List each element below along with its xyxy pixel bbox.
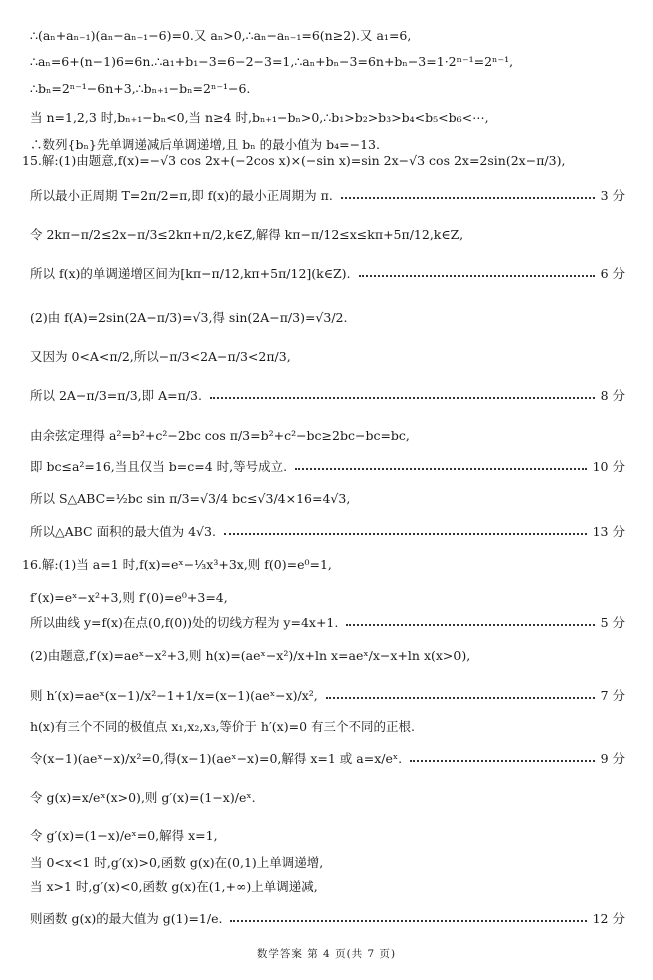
solution-text: 所以 f(x)的单调递增区间为[kπ−π/12,kπ+5π/12](k∈Z). xyxy=(30,264,351,282)
solution-text: 所以曲线 y=f(x)在点(0,f(0))处的切线方程为 y=4x+1. xyxy=(30,613,338,631)
solution-line: 所以 2A−π/3=π/3,即 A=π/3.8 分 xyxy=(30,386,625,404)
solution-line: f′(x)=eˣ−x²+3,则 f′(0)=e⁰+3=4, xyxy=(30,588,625,606)
solution-line: 则 h′(x)=aeˣ(x−1)/x²−1+1/x=(x−1)(aeˣ−x)/x… xyxy=(30,686,625,704)
solution-text: 所以△ABC 面积的最大值为 4√3. xyxy=(30,522,216,540)
score-label: 6 分 xyxy=(601,264,625,282)
solution-line: 15.解:(1)由题意,f(x)=−√3 cos 2x+(−2cos x)×(−… xyxy=(22,151,625,169)
solution-text: ∴(aₙ+aₙ₋₁)(aₙ−aₙ₋₁−6)=0.又 aₙ>0,∴aₙ−aₙ₋₁=… xyxy=(30,26,411,44)
solution-line: ∴bₙ=2ⁿ⁻¹−6n+3,∴bₙ₊₁−bₙ=2ⁿ⁻¹−6. xyxy=(30,81,625,96)
solution-line: 即 bc≤a²=16,当且仅当 b=c=4 时,等号成立.10 分 xyxy=(30,457,625,475)
solution-text: 15.解:(1)由题意,f(x)=−√3 cos 2x+(−2cos x)×(−… xyxy=(22,151,565,169)
dot-leader xyxy=(410,759,594,762)
solution-line: 当 0<x<1 时,g′(x)>0,函数 g(x)在(0,1)上单调递增, xyxy=(30,853,625,871)
score-label: 5 分 xyxy=(601,613,625,631)
dot-leader xyxy=(326,696,595,699)
solution-text: h(x)有三个不同的极值点 x₁,x₂,x₃,等价于 h′(x)=0 有三个不同… xyxy=(30,717,415,735)
solution-text: 则函数 g(x)的最大值为 g(1)=1/e. xyxy=(30,909,222,927)
solution-line: 令(x−1)(aeˣ−x)/x²=0,得(x−1)(aeˣ−x)=0,解得 x=… xyxy=(30,749,625,767)
solution-text: (2)由 f(A)=2sin(2A−π/3)=√3,得 sin(2A−π/3)=… xyxy=(30,308,347,326)
solution-text: 令 g(x)=x/eˣ(x>0),则 g′(x)=(1−x)/eˣ. xyxy=(30,788,256,806)
solution-text: f′(x)=eˣ−x²+3,则 f′(0)=e⁰+3=4, xyxy=(30,588,228,606)
solution-text: 则 h′(x)=aeˣ(x−1)/x²−1+1/x=(x−1)(aeˣ−x)/x… xyxy=(30,686,318,704)
solution-text: 16.解:(1)当 a=1 时,f(x)=eˣ−⅓x³+3x,则 f(0)=e⁰… xyxy=(22,555,332,573)
score-label: 10 分 xyxy=(593,457,625,475)
solution-text: 即 bc≤a²=16,当且仅当 b=c=4 时,等号成立. xyxy=(30,457,287,475)
solution-text: 又因为 0<A<π/2,所以−π/3<2A−π/3<2π/3, xyxy=(30,347,291,365)
solution-text: 令 g′(x)=(1−x)/eˣ=0,解得 x=1, xyxy=(30,826,218,844)
solution-text: 当 0<x<1 时,g′(x)>0,函数 g(x)在(0,1)上单调递增, xyxy=(30,853,323,871)
solution-line: 所以最小正周期 T=2π/2=π,即 f(x)的最小正周期为 π.3 分 xyxy=(30,186,625,204)
solution-line: 令 g′(x)=(1−x)/eˣ=0,解得 x=1, xyxy=(30,826,625,844)
solution-line: ∴(aₙ+aₙ₋₁)(aₙ−aₙ₋₁−6)=0.又 aₙ>0,∴aₙ−aₙ₋₁=… xyxy=(30,26,625,44)
dot-leader xyxy=(224,532,587,535)
dot-leader xyxy=(341,196,595,199)
score-label: 9 分 xyxy=(601,749,625,767)
dot-leader xyxy=(295,467,587,470)
solution-line: 令 g(x)=x/eˣ(x>0),则 g′(x)=(1−x)/eˣ. xyxy=(30,788,625,806)
score-label: 12 分 xyxy=(593,909,625,927)
solution-text: ∴bₙ=2ⁿ⁻¹−6n+3,∴bₙ₊₁−bₙ=2ⁿ⁻¹−6. xyxy=(30,81,250,96)
dot-leader xyxy=(230,919,586,922)
solution-line: 令 2kπ−π/2≤2x−π/3≤2kπ+π/2,k∈Z,解得 kπ−π/12≤… xyxy=(30,225,625,243)
solution-text: 令(x−1)(aeˣ−x)/x²=0,得(x−1)(aeˣ−x)=0,解得 x=… xyxy=(30,749,402,767)
solution-line: h(x)有三个不同的极值点 x₁,x₂,x₃,等价于 h′(x)=0 有三个不同… xyxy=(30,717,625,735)
solution-text: 所以 S△ABC=½bc sin π/3=√3/4 bc≤√3/4×16=4√3… xyxy=(30,489,350,507)
answer-page: ∴(aₙ+aₙ₋₁)(aₙ−aₙ₋₁−6)=0.又 aₙ>0,∴aₙ−aₙ₋₁=… xyxy=(0,0,653,980)
solution-text: (2)由题意,f′(x)=aeˣ−x²+3,则 h(x)=(aeˣ−x²)/x+… xyxy=(30,646,470,664)
solution-text: 所以最小正周期 T=2π/2=π,即 f(x)的最小正周期为 π. xyxy=(30,186,333,204)
solution-line: 所以 f(x)的单调递增区间为[kπ−π/12,kπ+5π/12](k∈Z).6… xyxy=(30,264,625,282)
solution-line: 由余弦定理得 a²=b²+c²−2bc cos π/3=b²+c²−bc≥2bc… xyxy=(30,426,625,444)
solution-text: 当 x>1 时,g′(x)<0,函数 g(x)在(1,+∞)上单调递减, xyxy=(30,877,318,895)
solution-text: 令 2kπ−π/2≤2x−π/3≤2kπ+π/2,k∈Z,解得 kπ−π/12≤… xyxy=(30,225,463,243)
page-footer: 数学答案 第 4 页(共 7 页) xyxy=(0,946,653,961)
solution-line: 所以△ABC 面积的最大值为 4√3.13 分 xyxy=(30,522,625,540)
solution-line: 所以曲线 y=f(x)在点(0,f(0))处的切线方程为 y=4x+1.5 分 xyxy=(30,613,625,631)
dot-leader xyxy=(346,623,594,626)
solution-line: 16.解:(1)当 a=1 时,f(x)=eˣ−⅓x³+3x,则 f(0)=e⁰… xyxy=(22,555,625,573)
solution-text: 当 n=1,2,3 时,bₙ₊₁−bₙ<0,当 n≥4 时,bₙ₊₁−bₙ>0,… xyxy=(30,108,489,126)
dot-leader xyxy=(210,396,595,399)
dot-leader xyxy=(359,274,595,277)
solution-line: 则函数 g(x)的最大值为 g(1)=1/e.12 分 xyxy=(30,909,625,927)
score-label: 3 分 xyxy=(601,186,625,204)
solution-line: (2)由 f(A)=2sin(2A−π/3)=√3,得 sin(2A−π/3)=… xyxy=(30,308,625,326)
score-label: 8 分 xyxy=(601,386,625,404)
solution-text: 由余弦定理得 a²=b²+c²−2bc cos π/3=b²+c²−bc≥2bc… xyxy=(30,426,410,444)
score-label: 13 分 xyxy=(593,522,625,540)
solution-text: ∴aₙ=6+(n−1)6=6n.∴a₁+b₁−3=6−2−3=1,∴aₙ+bₙ−… xyxy=(30,54,513,69)
solution-line: 当 x>1 时,g′(x)<0,函数 g(x)在(1,+∞)上单调递减, xyxy=(30,877,625,895)
solution-line: 所以 S△ABC=½bc sin π/3=√3/4 bc≤√3/4×16=4√3… xyxy=(30,489,625,507)
solution-line: ∴aₙ=6+(n−1)6=6n.∴a₁+b₁−3=6−2−3=1,∴aₙ+bₙ−… xyxy=(30,54,625,69)
solution-line: (2)由题意,f′(x)=aeˣ−x²+3,则 h(x)=(aeˣ−x²)/x+… xyxy=(30,646,625,664)
solution-text: 所以 2A−π/3=π/3,即 A=π/3. xyxy=(30,386,202,404)
solution-line: 又因为 0<A<π/2,所以−π/3<2A−π/3<2π/3, xyxy=(30,347,625,365)
score-label: 7 分 xyxy=(601,686,625,704)
solution-line: 当 n=1,2,3 时,bₙ₊₁−bₙ<0,当 n≥4 时,bₙ₊₁−bₙ>0,… xyxy=(30,108,625,126)
